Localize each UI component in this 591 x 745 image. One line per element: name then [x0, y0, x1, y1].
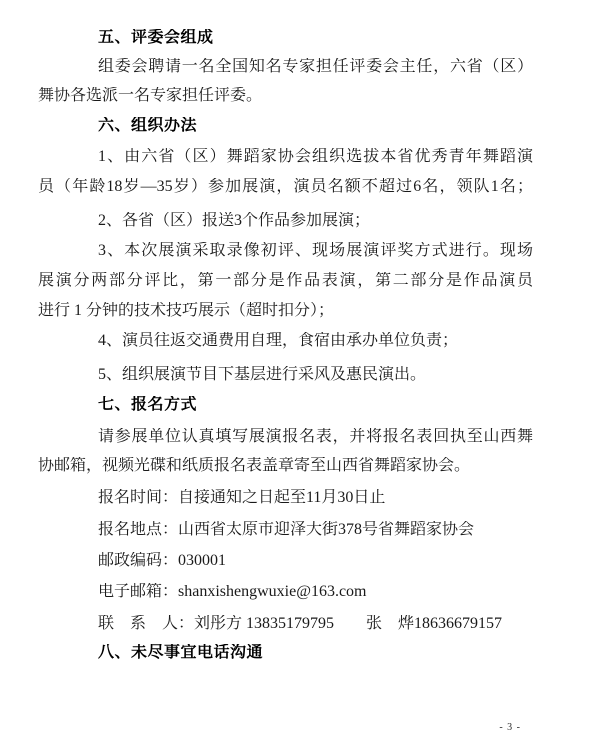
document-page: 五、评委会组成 组委会聘请一名全国知名专家担任评委会主任，六省（区） 舞协各选派…	[0, 0, 591, 745]
paragraph-line: 3、本次展演采取录像初评、现场展演评奖方式进行。现场	[38, 242, 533, 260]
contact-person-line: 联 系 人：刘彤方 13835179795 张 烨18636679157	[38, 615, 533, 633]
paragraph-line: 协邮箱，视频光碟和纸质报名表盖章寄至山西省舞蹈家协会。	[38, 457, 533, 475]
page-number: - 3 -	[499, 722, 521, 733]
paragraph-line: 舞协各选派一名专家担任评委。	[38, 87, 533, 105]
paragraph-line: 进行 1 分钟的技术技巧展示（超时扣分）；	[38, 302, 533, 320]
heading-section-7: 七、报名方式	[38, 396, 533, 414]
registration-time-line: 报名时间：自接通知之日起至11月30日止	[38, 489, 533, 507]
paragraph-line: 5、组织展演节目下基层进行采风及惠民演出。	[38, 366, 533, 384]
heading-section-6: 六、组织办法	[38, 117, 533, 135]
paragraph-line: 员（年龄18岁—35岁）参加展演，演员名额不超过6名，领队1名；	[38, 178, 533, 196]
paragraph-line: 4、演员往返交通费用自理，食宿由承办单位负责；	[38, 332, 533, 350]
heading-section-8: 八、未尽事宜电话沟通	[38, 644, 533, 662]
paragraph-line: 2、各省（区）报送3个作品参加展演；	[38, 212, 533, 230]
email-line: 电子邮箱：shanxishengwuxie@163.com	[38, 583, 533, 601]
heading-section-5: 五、评委会组成	[38, 29, 533, 47]
postal-code-line: 邮政编码：030001	[38, 552, 533, 570]
paragraph-line: 组委会聘请一名全国知名专家担任评委会主任，六省（区）	[38, 58, 533, 76]
paragraph-line: 1、由六省（区）舞蹈家协会组织选拔本省优秀青年舞蹈演	[38, 148, 533, 166]
paragraph-line: 展演分两部分评比，第一部分是作品表演，第二部分是作品演员	[38, 272, 533, 290]
registration-address-line: 报名地点：山西省太原市迎泽大街378号省舞蹈家协会	[38, 521, 533, 539]
paragraph-line: 请参展单位认真填写展演报名表，并将报名表回执至山西舞	[38, 428, 533, 446]
